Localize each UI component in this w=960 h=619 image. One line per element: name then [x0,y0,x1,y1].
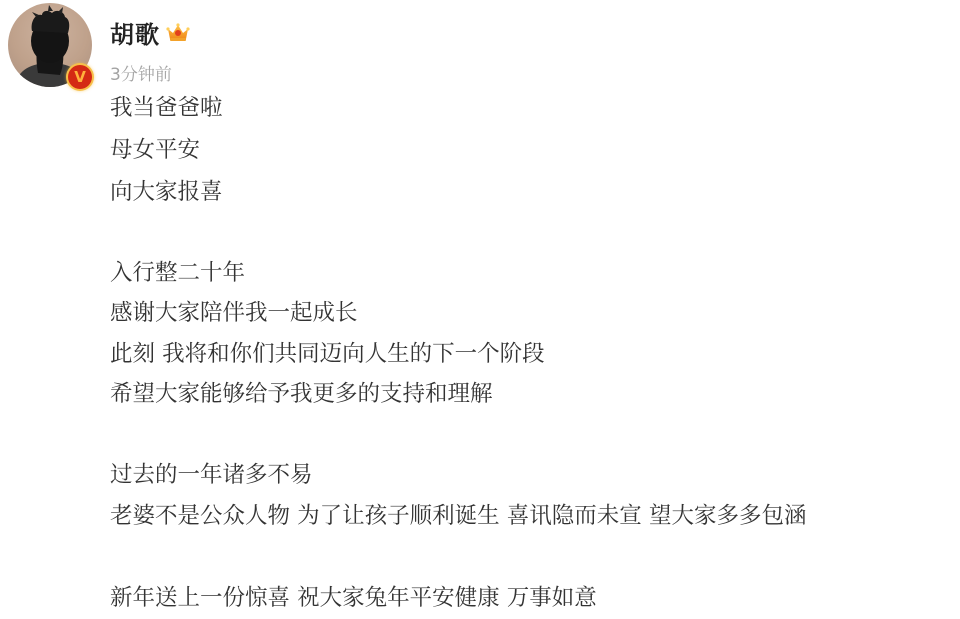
post-line: 入行整二十年 [110,260,245,286]
post-line: 老婆不是公众人物 为了让孩子顺利诞生 喜讯隐而未宣 望大家多多包涵 [110,503,806,529]
crown-icon[interactable] [166,21,190,43]
weibo-post: V 胡歌 3分钟前 我当爸爸啦 母女平安 [0,0,960,619]
post-line: 母女平安 [110,137,200,163]
post-line: 过去的一年诸多不易 [110,462,313,488]
post-line: 感谢大家陪伴我一起成长 [110,300,358,326]
post-line: 希望大家能够给予我更多的支持和理解 [110,381,493,407]
verified-v-badge-icon: V [68,65,92,89]
post-line: 此刻 我将和你们共同迈向人生的下一个阶段 [110,341,545,367]
post-line: 我当爸爸啦 [110,95,223,121]
post-timestamp[interactable]: 3分钟前 [110,60,172,85]
post-line: 向大家报喜 [110,179,223,205]
author-row: 胡歌 [110,15,190,49]
author-name[interactable]: 胡歌 [110,15,160,50]
post-line: 新年送上一份惊喜 祝大家兔年平安健康 万事如意 [110,585,597,611]
author-avatar[interactable]: V [8,3,92,87]
